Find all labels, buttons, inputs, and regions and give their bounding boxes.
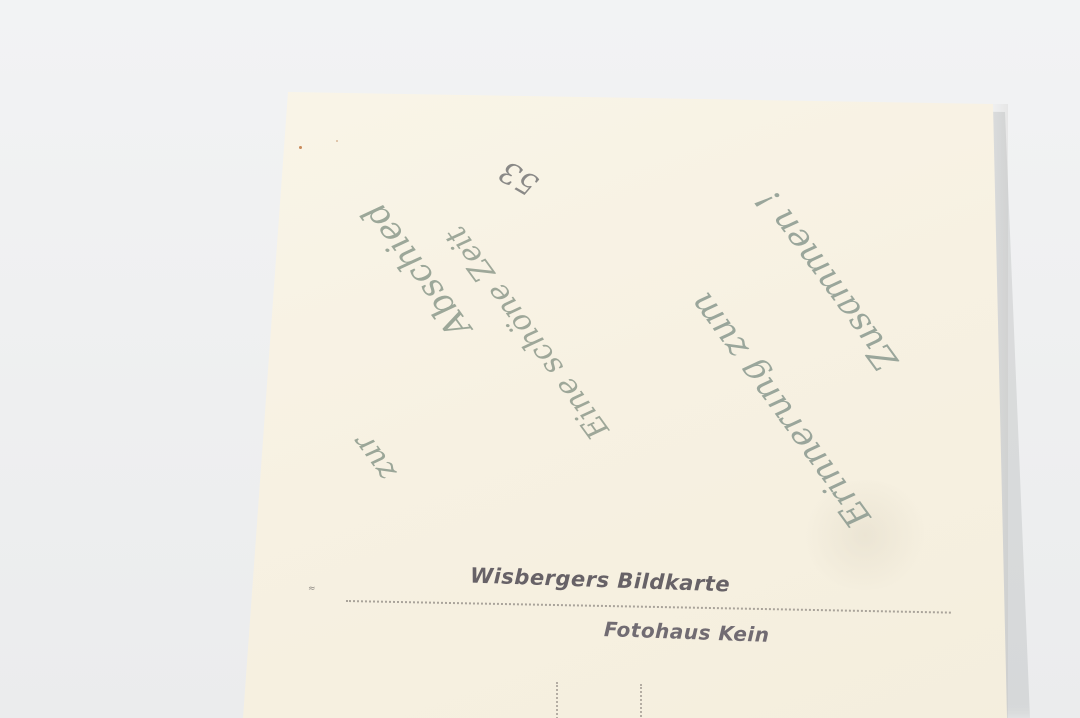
dotted-divider [556, 682, 558, 718]
speck [336, 140, 338, 142]
speck [299, 146, 302, 149]
photo-scene: 53 Abschied Eine schöne Zeit zur Zusamme… [0, 0, 1080, 718]
printed-mark: ≈ [308, 585, 316, 593]
dotted-divider [640, 684, 642, 718]
